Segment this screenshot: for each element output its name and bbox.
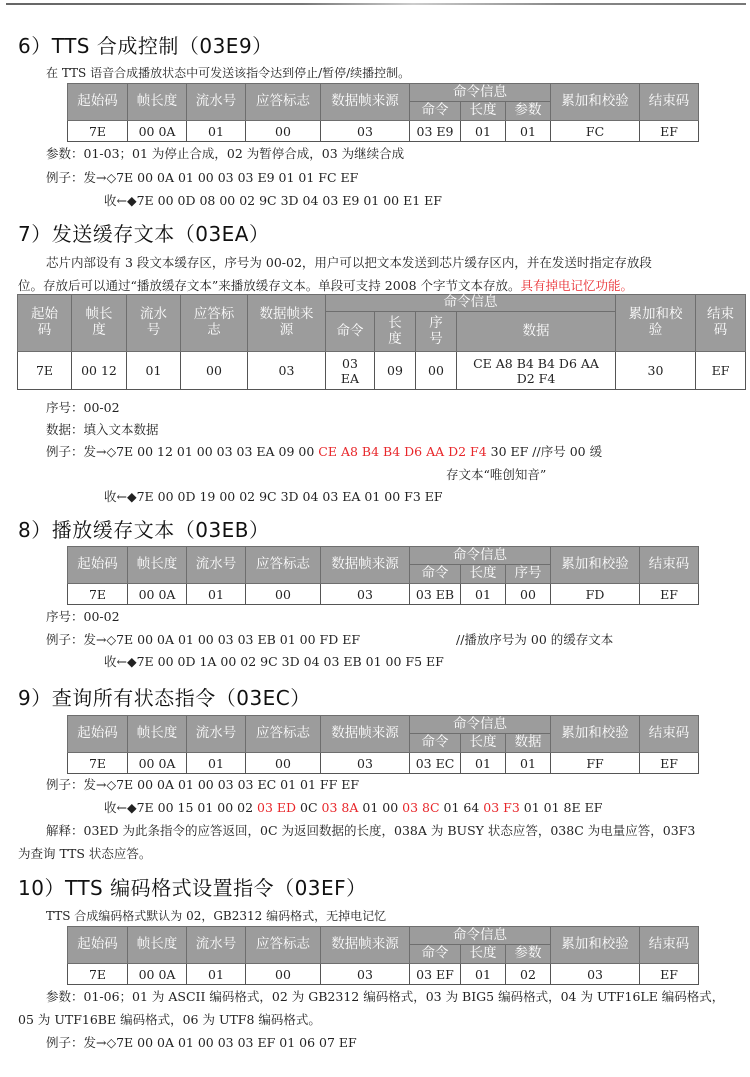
section-8-example-send: 例子：发→◇7E 00 0A 01 00 03 03 EB 01 00 FD E… xyxy=(46,634,360,647)
header-ack-flag: 应答标志 xyxy=(246,716,321,753)
section-10-param-line2: 05 为 UTF16BE 编码格式，06 为 UTF8 编码格式。 xyxy=(18,1014,321,1027)
section-7-description-line2: 位。存放后可以通过“播放缓存文本”来播放缓存文本。单段可支持 2008 个字节文… xyxy=(18,280,633,293)
header-command-info: 命令信息 xyxy=(410,716,551,734)
header-checksum: 累加和校验 xyxy=(616,295,696,352)
cell-ack: 00 xyxy=(181,352,248,390)
hex-text: 例子：发→◇7E 00 12 01 00 03 03 EA 09 00 xyxy=(46,444,318,459)
header-line: 号 xyxy=(429,331,443,347)
header-frame-length: 帧长度 xyxy=(72,295,127,352)
cell-start: 7E xyxy=(68,584,128,605)
section-8-example-recv: 收←◆7E 00 0D 1A 00 02 9C 3D 04 03 EB 01 0… xyxy=(104,656,444,669)
header-source: 数据帧来源 xyxy=(321,84,410,121)
cell-ack: 00 xyxy=(246,121,321,142)
cell-frame-length: 00 0A xyxy=(128,584,187,605)
header-start-code: 起始码 xyxy=(68,84,128,121)
cell-ack: 00 xyxy=(246,753,321,774)
header-line: 源 xyxy=(280,322,294,338)
header-index: 序号 xyxy=(416,312,457,352)
section-7-command-table: 起始码 帧长度 流水号 应答标志 数据帧来源 命令信息 累加和校验 结束码 命令… xyxy=(17,294,746,390)
cell-line: CE A8 B4 B4 D6 AA xyxy=(473,356,599,371)
cell-checksum: FD xyxy=(551,584,640,605)
section-8-example-comment: //播放序号为 00 的缓存文本 xyxy=(456,634,613,647)
header-line: 号 xyxy=(147,322,161,338)
section-6-description: 在 TTS 语音合成播放状态中可发送该指令达到停止/暂停/续播控制。 xyxy=(46,67,410,79)
cell-source: 03 xyxy=(321,753,410,774)
cell-frame-length: 00 0A xyxy=(128,753,187,774)
cell-length: 01 xyxy=(461,753,506,774)
cell-length: 01 xyxy=(461,121,506,142)
header-checksum: 累加和校验 xyxy=(551,716,640,753)
header-ack-flag: 应答标志 xyxy=(246,84,321,121)
header-line: 起始 xyxy=(31,306,58,322)
header-start-code: 起始码 xyxy=(68,716,128,753)
header-ack-flag: 应答标志 xyxy=(246,547,321,584)
description-text: 位。存放后可以通过“播放缓存文本”来播放缓存文本。单段可支持 2008 个字节文… xyxy=(18,278,521,293)
cell-length: 01 xyxy=(461,584,506,605)
section-7-data-note: 数据：填入文本数据 xyxy=(46,424,159,437)
hex-text-highlight: 03 F3 xyxy=(483,800,520,815)
header-command: 命令 xyxy=(326,312,375,352)
header-serial: 流水号 xyxy=(187,84,246,121)
hex-text: 01 01 8E EF xyxy=(520,800,603,815)
header-command: 命令 xyxy=(410,734,461,753)
header-start-code: 起始码 xyxy=(68,547,128,584)
table-row: 7E 00 0A 01 00 03 03 EC 01 01 FF EF xyxy=(68,753,699,774)
header-end-code: 结束码 xyxy=(640,927,699,964)
section-6-title: 6）TTS 合成控制（03E9） xyxy=(18,30,273,59)
cell-checksum: FF xyxy=(551,753,640,774)
header-source: 数据帧来源 xyxy=(321,547,410,584)
cell-serial: 01 xyxy=(127,352,181,390)
cell-line: 03 xyxy=(342,356,358,371)
header-command-info: 命令信息 xyxy=(326,295,616,312)
cell-data: 01 xyxy=(506,753,551,774)
header-line: 帧长 xyxy=(86,306,113,322)
section-6-example-send: 例子：发→◇7E 00 0A 01 00 03 03 E9 01 01 FC E… xyxy=(46,172,358,185)
header-line: 码 xyxy=(38,322,52,338)
cell-data: CE A8 B4 B4 D6 AAD2 F4 xyxy=(457,352,616,390)
cell-line: EA xyxy=(341,371,359,386)
hex-text-highlight: 03 8A xyxy=(322,800,359,815)
header-source: 数据帧来源 xyxy=(248,295,326,352)
header-checksum: 累加和校验 xyxy=(551,927,640,964)
section-10-param-line1: 参数：01-06；01 为 ASCII 编码格式，02 为 GB2312 编码格… xyxy=(46,991,724,1004)
cell-command: 03EA xyxy=(326,352,375,390)
header-line: 流水 xyxy=(140,306,167,322)
header-start-code: 起始码 xyxy=(68,927,128,964)
header-length: 长度 xyxy=(461,734,506,753)
section-7-example-send-continued: 存文本“唯创知音” xyxy=(446,469,546,482)
hex-text: 01 00 xyxy=(358,800,402,815)
cell-end: EF xyxy=(640,584,699,605)
cell-start: 7E xyxy=(68,121,128,142)
header-end-code: 结束码 xyxy=(696,295,746,352)
section-9-example-recv: 收←◆7E 00 15 01 00 02 03 ED 0C 03 8A 01 0… xyxy=(104,802,602,815)
section-7-index-note: 序号：00-02 xyxy=(46,402,120,415)
header-line: 序 xyxy=(429,315,443,331)
header-line: 志 xyxy=(207,322,221,338)
header-serial: 流水号 xyxy=(187,547,246,584)
header-frame-length: 帧长度 xyxy=(128,716,187,753)
cell-source: 03 xyxy=(321,584,410,605)
cell-end: EF xyxy=(640,121,699,142)
header-index: 序号 xyxy=(506,565,551,584)
header-data: 数据 xyxy=(457,312,616,352)
header-command: 命令 xyxy=(410,565,461,584)
cell-source: 03 xyxy=(321,121,410,142)
header-line: 结束 xyxy=(707,306,734,322)
header-ack-flag: 应答标志 xyxy=(181,295,248,352)
section-7-description-line1: 芯片内部设有 3 段文本缓存区，序号为 00-02，用户可以把文本发送到芯片缓存… xyxy=(46,257,652,270)
hex-text-highlight: 03 8C xyxy=(402,800,439,815)
header-serial: 流水号 xyxy=(187,716,246,753)
section-9-explain-line1: 解释：03ED 为此条指令的应答返回，0C 为返回数据的长度，038A 为 BU… xyxy=(46,825,695,838)
header-length: 长度 xyxy=(461,565,506,584)
hex-text: 0C xyxy=(296,800,321,815)
header-source: 数据帧来源 xyxy=(321,927,410,964)
section-8-title: 8）播放缓存文本（03EB） xyxy=(18,514,270,543)
cell-index: 00 xyxy=(416,352,457,390)
cell-command: 03 EB xyxy=(410,584,461,605)
header-param: 参数 xyxy=(506,102,551,121)
cell-end: EF xyxy=(640,753,699,774)
header-start-code: 起始码 xyxy=(18,295,72,352)
header-command-info: 命令信息 xyxy=(410,547,551,565)
table-row: 7E 00 0A 01 00 03 03 E9 01 01 FC EF xyxy=(68,121,699,142)
header-line: 码 xyxy=(714,322,728,338)
header-source: 数据帧来源 xyxy=(321,716,410,753)
power-off-memory-note: 具有掉电记忆功能。 xyxy=(521,278,634,293)
table-row: 7E 00 12 01 00 03 03EA 09 00 CE A8 B4 B4… xyxy=(18,352,746,390)
cell-length: 09 xyxy=(375,352,416,390)
cell-checksum: 30 xyxy=(616,352,696,390)
hex-text-highlight: CE A8 B4 B4 D6 AA D2 F4 xyxy=(318,444,486,459)
header-command: 命令 xyxy=(410,945,461,964)
cell-command: 03 EC xyxy=(410,753,461,774)
section-9-explain-line2: 为查询 TTS 状态应答。 xyxy=(18,848,151,861)
header-line: 验 xyxy=(649,322,663,338)
cell-checksum: 03 xyxy=(551,964,640,985)
cell-end: EF xyxy=(640,964,699,985)
header-line: 度 xyxy=(388,331,402,347)
section-7-example-recv: 收←◆7E 00 0D 19 00 02 9C 3D 04 03 EA 01 0… xyxy=(104,491,443,504)
cell-serial: 01 xyxy=(187,753,246,774)
cell-start: 7E xyxy=(68,964,128,985)
cell-command: 03 E9 xyxy=(410,121,461,142)
header-frame-length: 帧长度 xyxy=(128,547,187,584)
header-ack-flag: 应答标志 xyxy=(246,927,321,964)
header-checksum: 累加和校验 xyxy=(551,84,640,121)
hex-text: 30 EF //序号 00 缓 xyxy=(487,444,602,459)
section-7-title: 7）发送缓存文本（03EA） xyxy=(18,218,270,247)
section-8-command-table: 起始码 帧长度 流水号 应答标志 数据帧来源 命令信息 累加和校验 结束码 命令… xyxy=(67,546,699,605)
header-length: 长度 xyxy=(461,945,506,964)
cell-source: 03 xyxy=(248,352,326,390)
section-6-example-recv: 收←◆7E 00 0D 08 00 02 9C 3D 04 03 E9 01 0… xyxy=(104,195,442,208)
cell-serial: 01 xyxy=(187,964,246,985)
header-line: 度 xyxy=(92,322,106,338)
cell-serial: 01 xyxy=(187,584,246,605)
cell-command: 03 EF xyxy=(410,964,461,985)
cell-length: 01 xyxy=(461,964,506,985)
section-7-example-send: 例子：发→◇7E 00 12 01 00 03 03 EA 09 00 CE A… xyxy=(46,446,602,459)
header-serial: 流水号 xyxy=(187,927,246,964)
section-9-command-table: 起始码 帧长度 流水号 应答标志 数据帧来源 命令信息 累加和校验 结束码 命令… xyxy=(67,715,699,774)
page-top-rule xyxy=(6,3,746,5)
header-length: 长度 xyxy=(461,102,506,121)
cell-ack: 00 xyxy=(246,964,321,985)
cell-serial: 01 xyxy=(187,121,246,142)
header-length: 长度 xyxy=(375,312,416,352)
header-end-code: 结束码 xyxy=(640,547,699,584)
cell-line: D2 F4 xyxy=(517,371,556,386)
cell-index: 00 xyxy=(506,584,551,605)
header-line: 应答标 xyxy=(194,306,235,322)
header-end-code: 结束码 xyxy=(640,84,699,121)
cell-start: 7E xyxy=(68,753,128,774)
cell-frame-length: 00 12 xyxy=(72,352,127,390)
header-command: 命令 xyxy=(410,102,461,121)
header-serial: 流水号 xyxy=(127,295,181,352)
cell-ack: 00 xyxy=(246,584,321,605)
header-param: 参数 xyxy=(506,945,551,964)
table-row: 7E 00 0A 01 00 03 03 EF 01 02 03 EF xyxy=(68,964,699,985)
header-checksum: 累加和校验 xyxy=(551,547,640,584)
header-line: 数据帧来 xyxy=(260,306,314,322)
header-command-info: 命令信息 xyxy=(410,84,551,102)
section-10-example-send: 例子：发→◇7E 00 0A 01 00 03 03 EF 01 06 07 E… xyxy=(46,1037,357,1050)
hex-text: 01 64 xyxy=(440,800,484,815)
header-command-info: 命令信息 xyxy=(410,927,551,945)
cell-frame-length: 00 0A xyxy=(128,964,187,985)
cell-param: 02 xyxy=(506,964,551,985)
cell-start: 7E xyxy=(18,352,72,390)
cell-source: 03 xyxy=(321,964,410,985)
cell-checksum: FC xyxy=(551,121,640,142)
cell-param: 01 xyxy=(506,121,551,142)
section-6-command-table: 起始码 帧长度 流水号 应答标志 数据帧来源 命令信息 累加和校验 结束码 命令… xyxy=(67,83,699,142)
header-data: 数据 xyxy=(506,734,551,753)
section-6-param-note: 参数：01-03；01 为停止合成，02 为暂停合成，03 为继续合成 xyxy=(46,148,404,161)
section-10-command-table: 起始码 帧长度 流水号 应答标志 数据帧来源 命令信息 累加和校验 结束码 命令… xyxy=(67,926,699,985)
header-end-code: 结束码 xyxy=(640,716,699,753)
section-9-title: 9）查询所有状态指令（03EC） xyxy=(18,682,311,711)
table-row: 7E 00 0A 01 00 03 03 EB 01 00 FD EF xyxy=(68,584,699,605)
cell-end: EF xyxy=(696,352,746,390)
header-frame-length: 帧长度 xyxy=(128,84,187,121)
section-10-title: 10）TTS 编码格式设置指令（03EF） xyxy=(18,872,367,901)
hex-text: 收←◆7E 00 15 01 00 02 xyxy=(104,800,257,815)
header-frame-length: 帧长度 xyxy=(128,927,187,964)
cell-frame-length: 00 0A xyxy=(128,121,187,142)
section-9-example-send: 例子：发→◇7E 00 0A 01 00 03 03 EC 01 01 FF E… xyxy=(46,779,359,792)
hex-text-highlight: 03 ED xyxy=(257,800,296,815)
header-line: 累加和校 xyxy=(629,306,683,322)
section-10-description: TTS 合成编码格式默认为 02，GB2312 编码格式，无掉电记忆 xyxy=(46,910,386,922)
header-line: 长 xyxy=(388,315,402,331)
section-8-index-note: 序号：00-02 xyxy=(46,611,120,624)
